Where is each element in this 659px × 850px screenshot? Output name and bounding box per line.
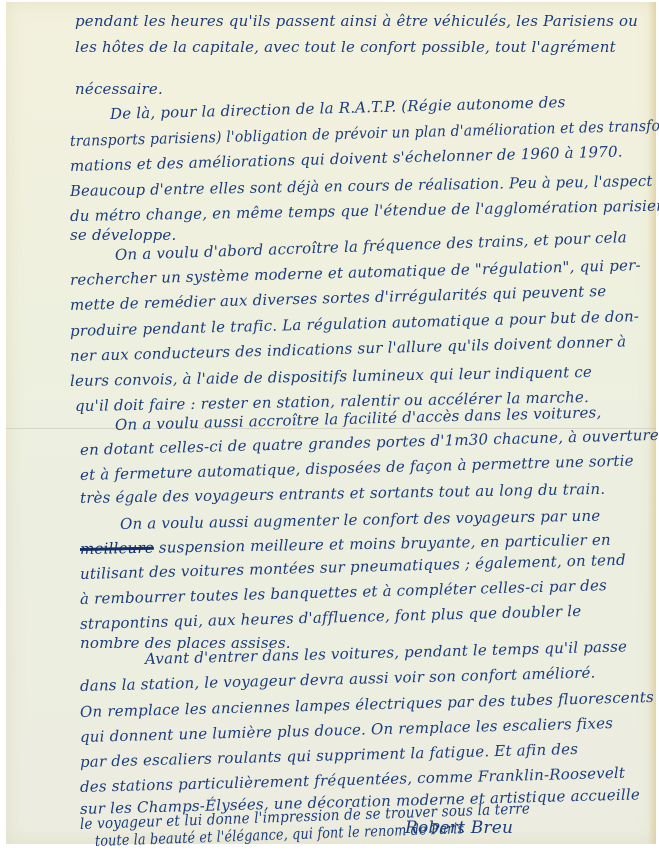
signature: Robert Breu xyxy=(405,818,513,838)
struck-word: meilleure xyxy=(80,539,154,558)
text-line: pendant les heures qu'ils passent ainsi … xyxy=(75,12,638,30)
text-line: les hôtes de la capitale, avec tout le c… xyxy=(75,38,616,56)
text-line: se développe. xyxy=(70,226,176,244)
text-line: nécessaire. xyxy=(75,80,163,98)
